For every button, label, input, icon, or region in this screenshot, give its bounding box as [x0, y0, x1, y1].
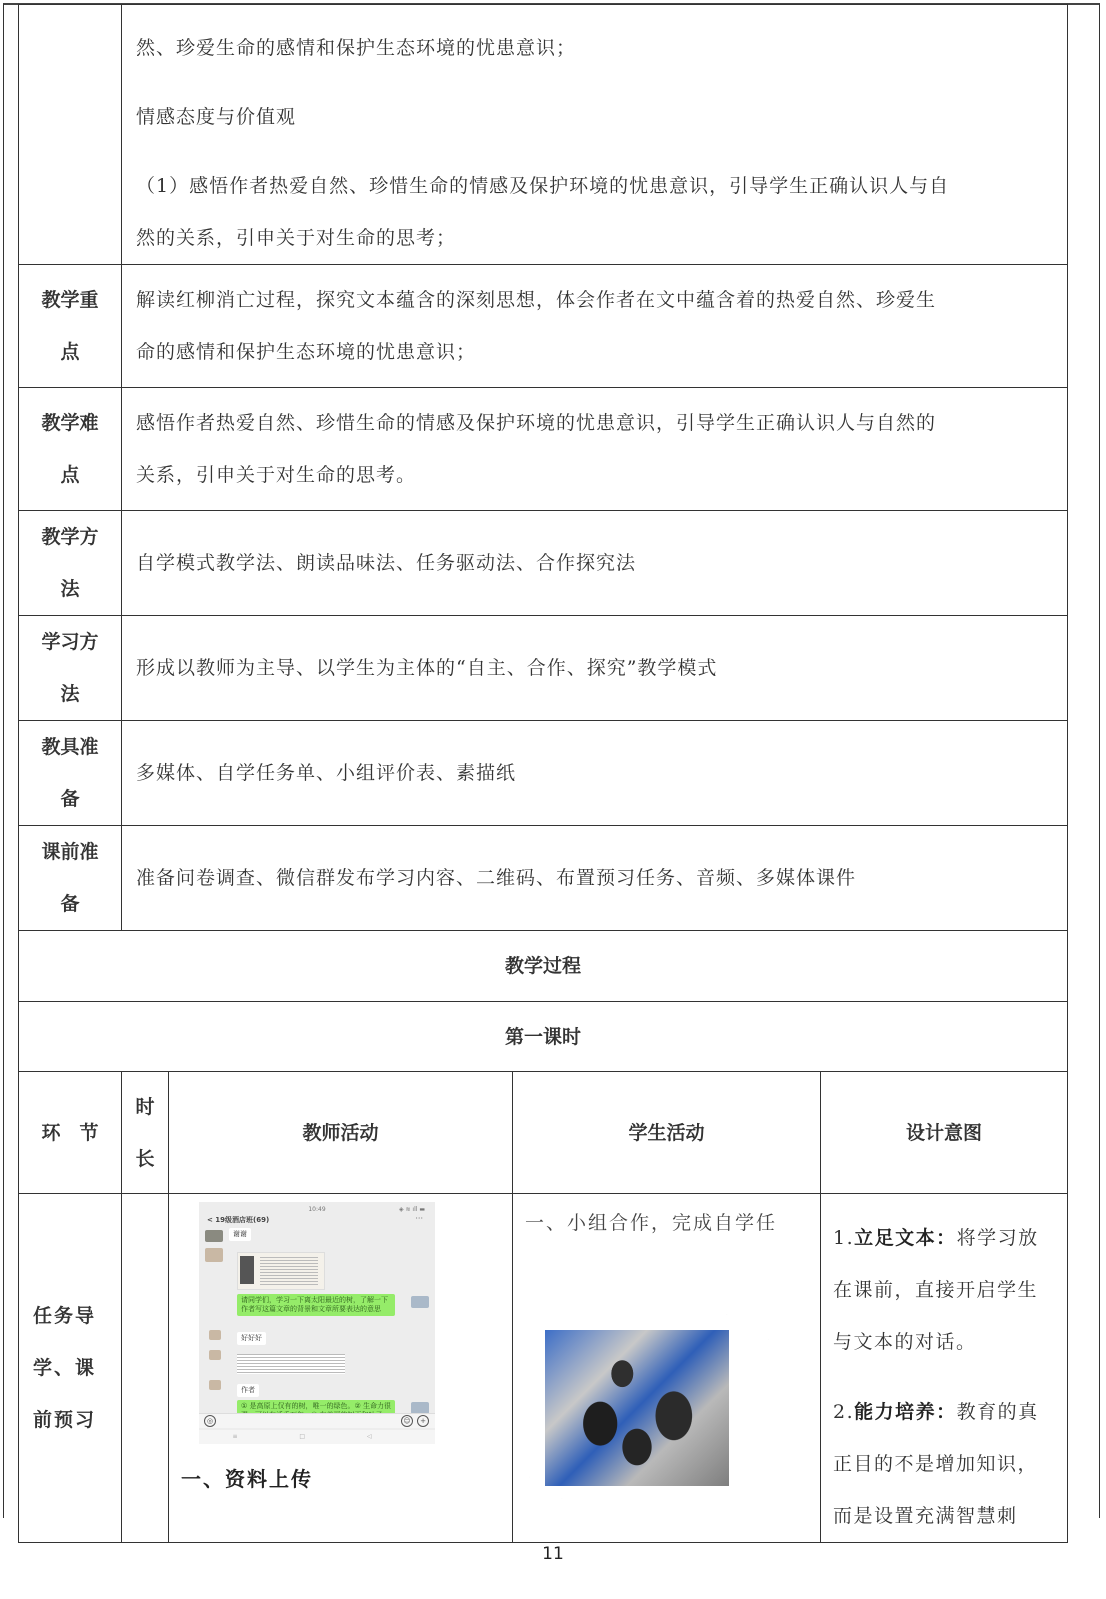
row-teaching-method: 教学方 法 自学模式教学法、朗读品味法、任务驱动法、合作探究法: [19, 511, 1068, 616]
objectives-item: （1）感悟作者热爱自然、珍惜生命的情感及保护环境的忧患意识，引导学生正确认识人与…: [136, 160, 1053, 212]
shared-document-card: [237, 1252, 325, 1290]
content-teaching-method: 自学模式教学法、朗读品味法、任务驱动法、合作探究法: [122, 511, 1068, 616]
page-number: 11: [0, 1544, 1106, 1564]
more-icon: ···: [415, 1214, 423, 1223]
stage-label: 任务导 学、课 前预习: [19, 1194, 122, 1543]
header-student-activity: 学生活动: [513, 1072, 821, 1194]
objectives-row: 然、珍爱生命的感情和保护生态环境的忧患意识； 情感态度与价值观 （1）感悟作者热…: [19, 5, 1068, 265]
content-learning-method: 形成以教师为主导、以学生为主体的“自主、合作、探究”教学模式: [122, 616, 1068, 721]
chat-title: < 19级酒店班(69): [207, 1216, 269, 1225]
content-teaching-difficulty: 感悟作者热爱自然、珍惜生命的情感及保护环境的忧患意识，引导学生正确认识人与自然的…: [122, 388, 1068, 511]
label-learning-method: 学习方 法: [19, 616, 122, 721]
content-teaching-focus: 解读红柳消亡过程，探究文本蕴含的深刻思想，体会作者在文中蕴含着的热爱自然、珍爱生…: [122, 265, 1068, 388]
row-teaching-aids: 教具准 备 多媒体、自学任务单、小组评价表、素描纸: [19, 721, 1068, 826]
chat-bubble-reply: 作者: [237, 1384, 259, 1397]
design-item-1: 1.立足文本：将学习放 在课前，直接开启学生 与文本的对话。: [833, 1212, 1055, 1368]
stage-student-activity: 一、小组合作，完成自学任: [513, 1194, 821, 1543]
students-group-work-photo: [545, 1330, 729, 1486]
avatar: [205, 1230, 223, 1242]
objectives-subheading: 情感态度与价值观: [136, 91, 1053, 143]
phone-status-bar: 10:49 ◈ ≋ ıll ▬: [199, 1205, 435, 1214]
row-pre-class-prep: 课前准 备 准备问卷调查、微信群发布学习内容、二维码、布置预习任务、音频、多媒体…: [19, 826, 1068, 931]
label-teaching-focus: 教学重 点: [19, 265, 122, 388]
label-teaching-difficulty: 教学难 点: [19, 388, 122, 511]
stage-duration: [122, 1194, 169, 1543]
objectives-line: 然、珍爱生命的感情和保护生态环境的忧患意识；: [136, 22, 1053, 74]
header-teacher-activity: 教师活动: [169, 1072, 513, 1194]
lesson-plan-table: 然、珍爱生命的感情和保护生态环境的忧患意识； 情感态度与价值观 （1）感悟作者热…: [18, 4, 1068, 1543]
session-title: 第一课时: [19, 1002, 1068, 1072]
avatar: [209, 1380, 221, 1390]
plus-icon: +: [417, 1415, 429, 1427]
header-design-intent: 设计意图: [821, 1072, 1068, 1194]
chat-bubble-thanks: 谢谢: [229, 1228, 251, 1241]
material-upload-heading: 一、资料上传: [181, 1464, 512, 1494]
process-title: 教学过程: [19, 931, 1068, 1002]
avatar: [411, 1296, 429, 1308]
row-learning-method: 学习方 法 形成以教师为主导、以学生为主体的“自主、合作、探究”教学模式: [19, 616, 1068, 721]
avatar: [209, 1350, 221, 1360]
avatar: [205, 1248, 223, 1262]
row-process-title: 教学过程: [19, 931, 1068, 1002]
article-thumbnail: [240, 1256, 254, 1284]
wechat-group-screenshot: 10:49 ◈ ≋ ıll ▬ < 19级酒店班(69) ··· 谢谢 请同学们…: [199, 1202, 435, 1444]
content-pre-class-prep: 准备问卷调查、微信群发布学习内容、二维码、布置预习任务、音频、多媒体课件: [122, 826, 1068, 931]
emoji-icon: ☺: [401, 1415, 413, 1427]
header-duration: 时 长: [122, 1072, 169, 1194]
android-nav-bar: ≡ □ ◁: [199, 1430, 435, 1444]
group-work-photo-frame: [529, 1314, 769, 1499]
row-teaching-difficulty: 教学难 点 感悟作者热爱自然、珍惜生命的情感及保护环境的忧患意识，引导学生正确认…: [19, 388, 1068, 511]
chat-input-bar: [199, 1413, 435, 1428]
avatar: [209, 1330, 221, 1340]
student-activity-text: 一、小组合作，完成自学任: [513, 1194, 820, 1238]
reply-text-image: [237, 1354, 345, 1374]
signal-battery-icon: ◈ ≋ ıll ▬: [399, 1205, 425, 1214]
design-item-2: 2.能力培养：教育的真 正目的不是增加知识， 而是设置充满智慧刺: [833, 1386, 1055, 1542]
chat-bubble-teacher-prompt: 请同学们，学习一下离太阳最近的树，了解一下作者写这篇文章的背景和文章所要表达的意…: [237, 1294, 395, 1316]
objectives-item-continued: 然的关系，引申关于对生命的思考；: [136, 212, 1053, 264]
row-teaching-focus: 教学重 点 解读红柳消亡过程，探究文本蕴含的深刻思想，体会作者在文中蕴含着的热爱…: [19, 265, 1068, 388]
header-stage: 环 节: [19, 1072, 122, 1194]
chat-bubble-reply: 好好好: [237, 1332, 266, 1345]
row-session-title: 第一课时: [19, 1002, 1068, 1072]
content-teaching-aids: 多媒体、自学任务单、小组评价表、素描纸: [122, 721, 1068, 826]
stage-design-intent: 1.立足文本：将学习放 在课前，直接开启学生 与文本的对话。 2.能力培养：教育…: [821, 1194, 1068, 1543]
label-teaching-method: 教学方 法: [19, 511, 122, 616]
stage-teacher-activity: 10:49 ◈ ≋ ıll ▬ < 19级酒店班(69) ··· 谢谢 请同学们…: [169, 1194, 513, 1543]
voice-icon: ◎: [204, 1415, 216, 1427]
objectives-label-cell: [19, 5, 122, 265]
stage-row-task-guided-preview: 任务导 学、课 前预习 10:49 ◈ ≋ ıll ▬ < 19级酒店班(69)…: [19, 1194, 1068, 1543]
label-pre-class-prep: 课前准 备: [19, 826, 122, 931]
objectives-content-cell: 然、珍爱生命的感情和保护生态环境的忧患意识； 情感态度与价值观 （1）感悟作者热…: [122, 5, 1068, 265]
label-teaching-aids: 教具准 备: [19, 721, 122, 826]
process-header-row: 环 节 时 长 教师活动 学生活动 设计意图: [19, 1072, 1068, 1194]
